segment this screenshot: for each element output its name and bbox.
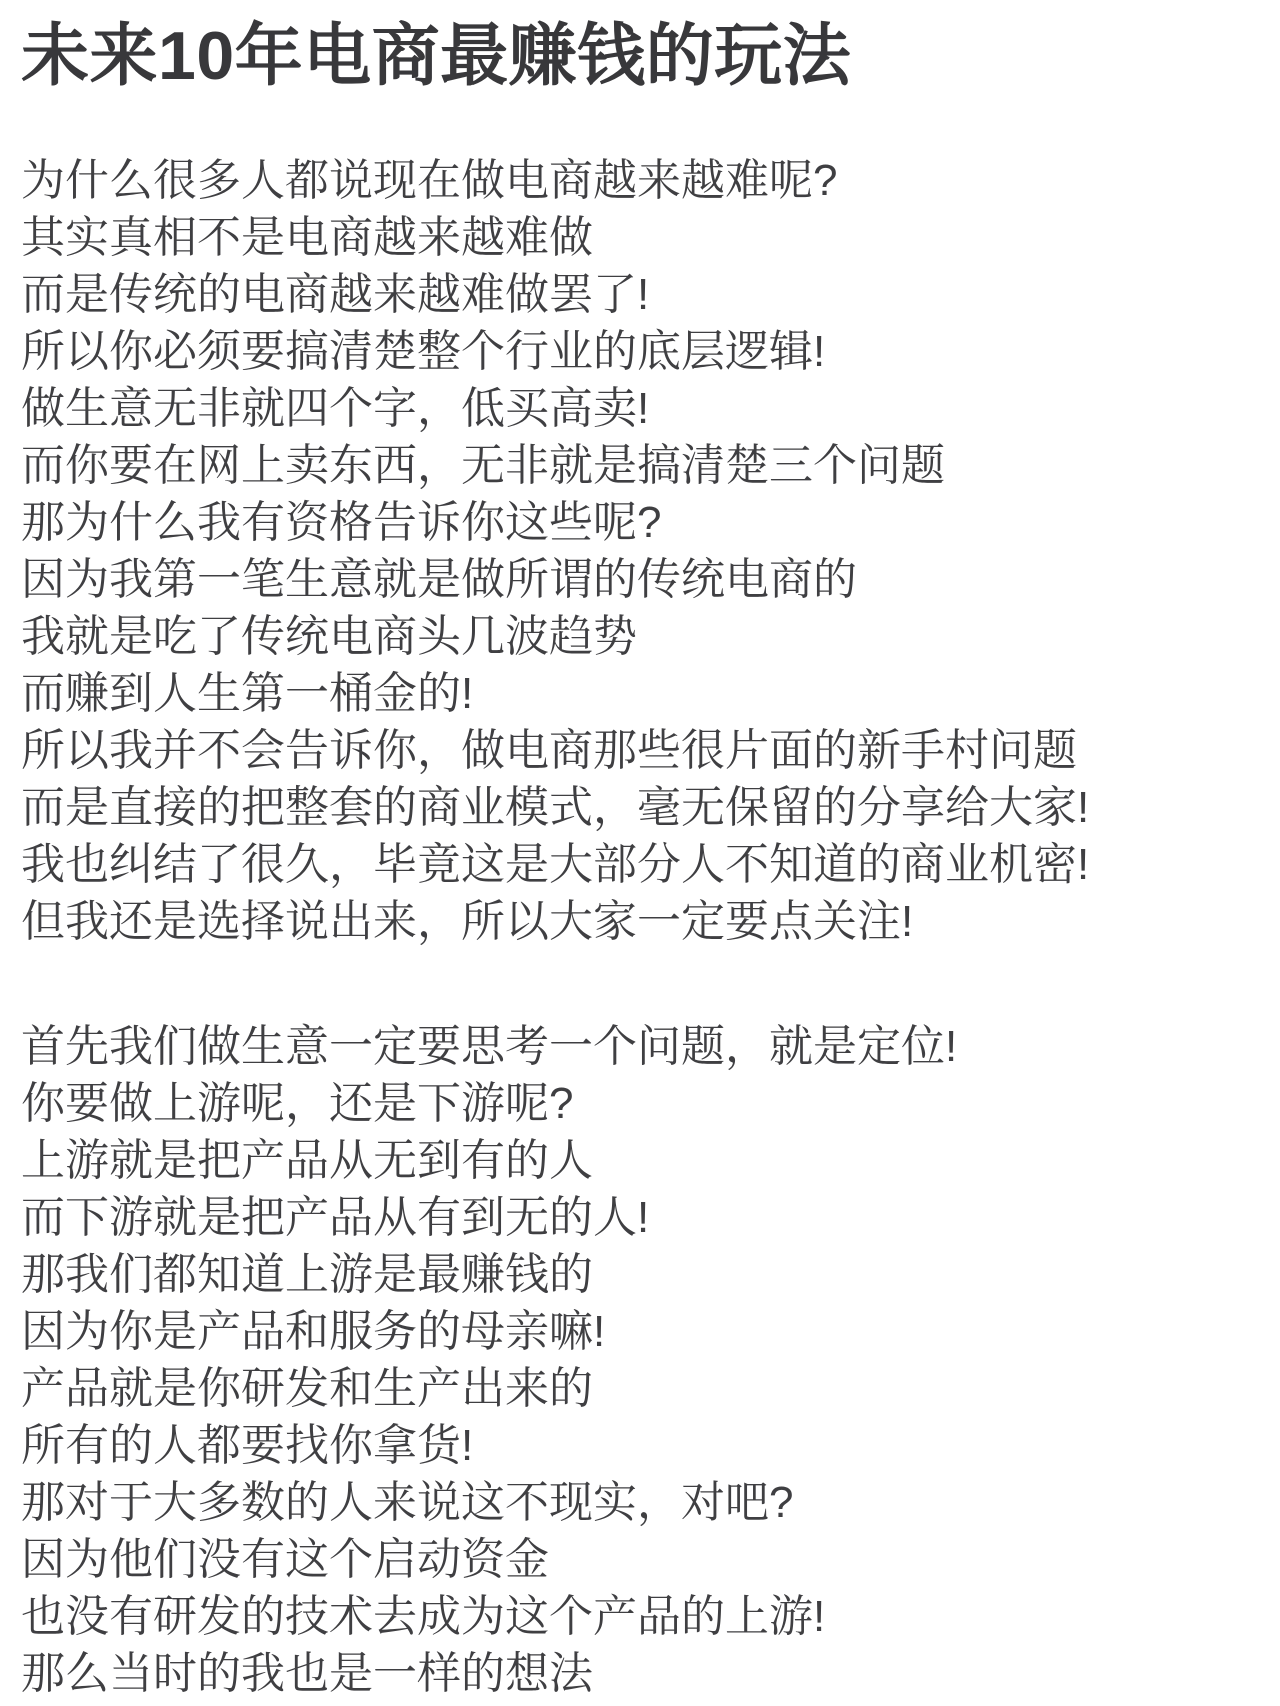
text-line: 上游就是把产品从无到有的人 xyxy=(21,1132,1256,1189)
text-line: 因为你是产品和服务的母亲嘛! xyxy=(21,1303,1256,1360)
text-line: 但我还是选择说出来，所以大家一定要点关注! xyxy=(21,893,1256,950)
text-line: 我也纠结了很久，毕竟这是大部分人不知道的商业机密! xyxy=(21,836,1256,893)
text-line: 那为什么我有资格告诉你这些呢? xyxy=(21,494,1256,551)
text-line: 做生意无非就四个字，低买高卖! xyxy=(21,380,1256,437)
text-line: 而是直接的把整套的商业模式，毫无保留的分享给大家! xyxy=(21,779,1256,836)
text-line: 而下游就是把产品从有到无的人! xyxy=(21,1189,1256,1246)
paragraph-intro: 为什么很多人都说现在做电商越来越难呢? 其实真相不是电商越来越难做 而是传统的电… xyxy=(21,152,1256,950)
text-line: 那对于大多数的人来说这不现实，对吧? xyxy=(21,1474,1256,1531)
text-line: 那我们都知道上游是最赚钱的 xyxy=(21,1246,1256,1303)
text-line: 首先我们做生意一定要思考一个问题，就是定位! xyxy=(21,1018,1256,1075)
text-line: 所以我并不会告诉你，做电商那些很片面的新手村问题 xyxy=(21,722,1256,779)
text-line: 也没有研发的技术去成为这个产品的上游! xyxy=(21,1588,1256,1645)
text-line: 所以你必须要搞清楚整个行业的底层逻辑! xyxy=(21,323,1256,380)
text-line: 那么当时的我也是一样的想法 xyxy=(21,1645,1256,1702)
paragraph-positioning: 首先我们做生意一定要思考一个问题，就是定位! 你要做上游呢，还是下游呢? 上游就… xyxy=(21,1018,1256,1702)
text-line: 其实真相不是电商越来越难做 xyxy=(21,209,1256,266)
text-line: 因为我第一笔生意就是做所谓的传统电商的 xyxy=(21,551,1256,608)
article-page: 未来10年电商最赚钱的玩法 为什么很多人都说现在做电商越来越难呢? 其实真相不是… xyxy=(0,0,1280,1702)
text-line: 而你要在网上卖东西，无非就是搞清楚三个问题 xyxy=(21,437,1256,494)
page-title: 未来10年电商最赚钱的玩法 xyxy=(21,10,1256,102)
text-line: 你要做上游呢，还是下游呢? xyxy=(21,1075,1256,1132)
text-line: 所有的人都要找你拿货! xyxy=(21,1417,1256,1474)
text-line: 产品就是你研发和生产出来的 xyxy=(21,1360,1256,1417)
text-line: 为什么很多人都说现在做电商越来越难呢? xyxy=(21,152,1256,209)
text-line: 而是传统的电商越来越难做罢了! xyxy=(21,266,1256,323)
text-line: 而赚到人生第一桶金的! xyxy=(21,665,1256,722)
text-line: 我就是吃了传统电商头几波趋势 xyxy=(21,608,1256,665)
text-line: 因为他们没有这个启动资金 xyxy=(21,1531,1256,1588)
